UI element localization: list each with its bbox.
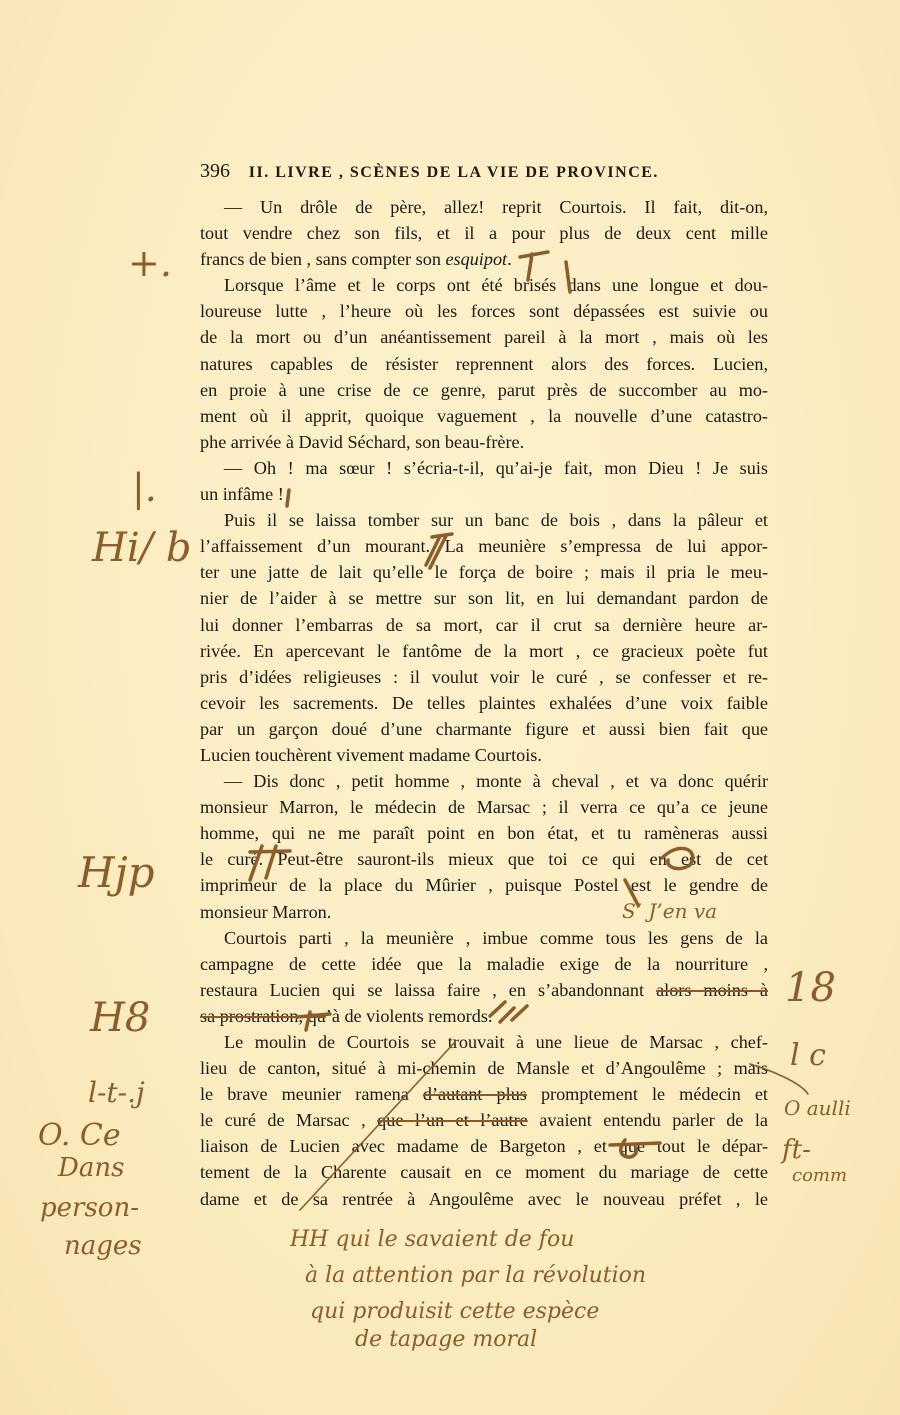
margin-note-oce: O. Ce xyxy=(38,1118,121,1154)
inline-note-jenva: S’ J’en va xyxy=(622,893,717,929)
bottom-note-line-1: HH qui le savaient de fou xyxy=(290,1222,574,1258)
margin-note-ltj: l-t-.j xyxy=(88,1075,145,1111)
margin-note-person: person- xyxy=(40,1190,139,1226)
bottom-note-line-4: de tapage moral xyxy=(355,1322,537,1358)
margin-note-lc: l c xyxy=(790,1038,826,1074)
margin-note-h8: H8 xyxy=(90,1000,150,1036)
margin-note-bar: |. xyxy=(132,470,157,506)
margin-note-comm: comm xyxy=(792,1158,847,1194)
bottom-note-line-2: à la attention par la révolution xyxy=(305,1258,646,1294)
margin-note-nages: nages xyxy=(64,1228,142,1264)
margin-note-hjp: Hjp xyxy=(78,855,155,891)
margin-note-18: 18 xyxy=(785,970,836,1006)
margin-note-dans: Dans xyxy=(58,1150,124,1186)
margin-note-plus: +. xyxy=(128,245,172,281)
scanned-page: 396 II. LIVRE , SCÈNES DE LA VIE DE PROV… xyxy=(0,0,900,1415)
margin-note-hib: Hi/ b xyxy=(92,530,191,566)
margin-note-aulli: O aulli xyxy=(784,1090,851,1126)
